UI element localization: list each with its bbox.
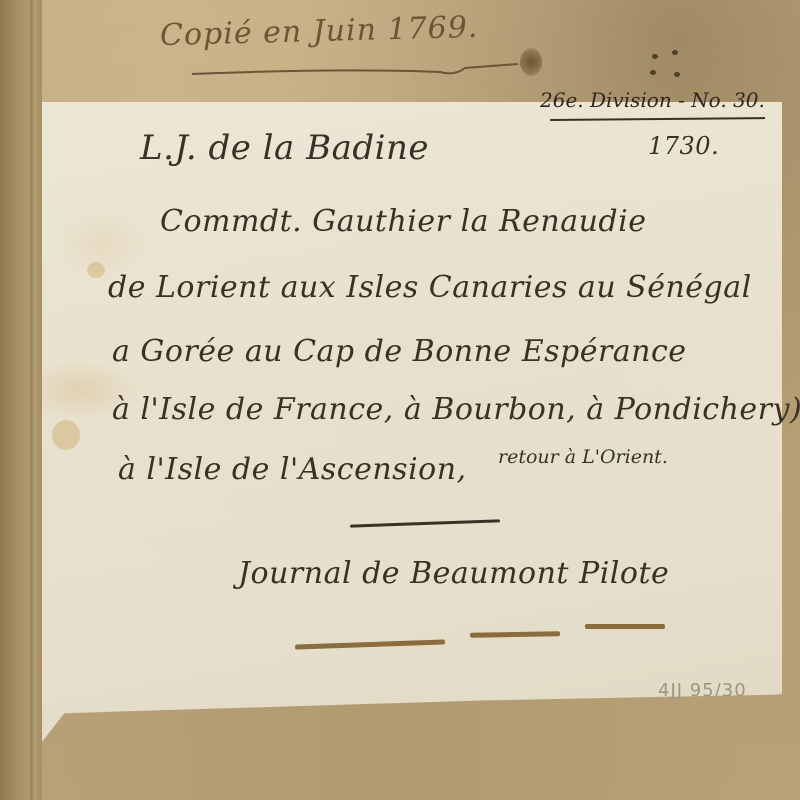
voyage-year: 1730. (648, 132, 719, 160)
cover-worm-holes (650, 50, 690, 80)
paper-tear (585, 624, 665, 629)
return-note: retour à L'Orient. (498, 446, 668, 468)
itinerary-line-3: à l'Isle de France, à Bourbon, à Pondich… (112, 392, 800, 427)
itinerary-line-4: à l'Isle de l'Ascension, (118, 452, 467, 487)
ship-title-line: L.J. de la Badine (140, 128, 429, 168)
foxing-stain (87, 262, 105, 278)
itinerary-line-2: a Gorée au Cap de Bonne Espérance (112, 334, 687, 369)
cover-spine-edge (30, 0, 36, 800)
journal-author-line: Journal de Beaumont Pilote (238, 556, 669, 591)
commander-line: Commdt. Gauthier la Renaudie (160, 204, 646, 239)
pencil-shelfmark: 4JJ 95/30 (658, 680, 747, 701)
foxing-stain (52, 420, 80, 450)
division-heading: 26e. Division - No. 30. (540, 88, 765, 112)
itinerary-line-1: de Lorient aux Isles Canaries au Sénégal (108, 270, 752, 305)
cover-flourish-underline (190, 62, 520, 78)
ink-blot (520, 48, 542, 76)
